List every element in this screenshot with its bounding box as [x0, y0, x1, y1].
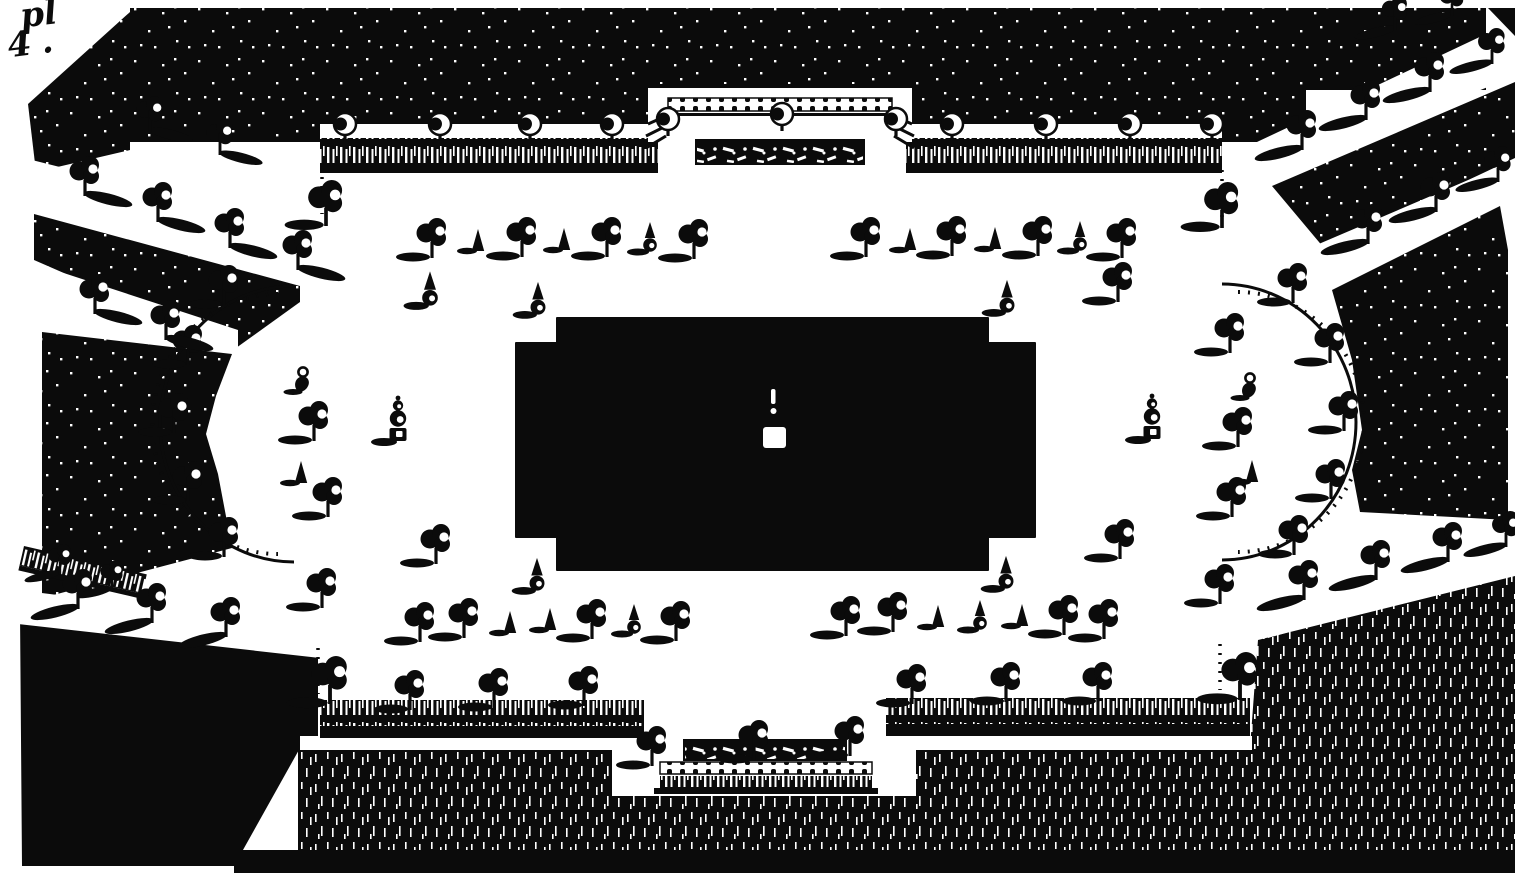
terrace-bottom-shadow — [654, 788, 878, 794]
terrace-bottom-balustrade — [660, 762, 872, 774]
central-basin — [516, 318, 1035, 570]
engraving-plate: pl 4. — [0, 0, 1515, 873]
terrace-top-parterre-band — [696, 140, 864, 164]
fountain-basin — [763, 427, 786, 448]
fountain-drop — [771, 408, 777, 414]
hedge-bottom-right-shadow — [886, 724, 1250, 736]
woods-top-band — [130, 8, 1486, 90]
garden-plan-engraving — [0, 0, 1515, 873]
bottom-edge-strip — [234, 850, 1515, 873]
hedge-top-left-palisade — [320, 138, 658, 164]
hedge-top-right-shadow — [906, 164, 1222, 173]
fountain-jet — [771, 389, 776, 404]
hedge-top-right-palisade — [906, 138, 1222, 164]
terrace-bottom-palisade — [660, 776, 872, 788]
plate-label-line2: 4. — [6, 26, 64, 60]
hedge-bottom-left-shadow — [320, 726, 644, 738]
terrace-top-edge — [648, 84, 912, 88]
hedge-top-left-shadow — [320, 164, 658, 173]
plate-number-label: pl 4. — [3, 0, 65, 61]
